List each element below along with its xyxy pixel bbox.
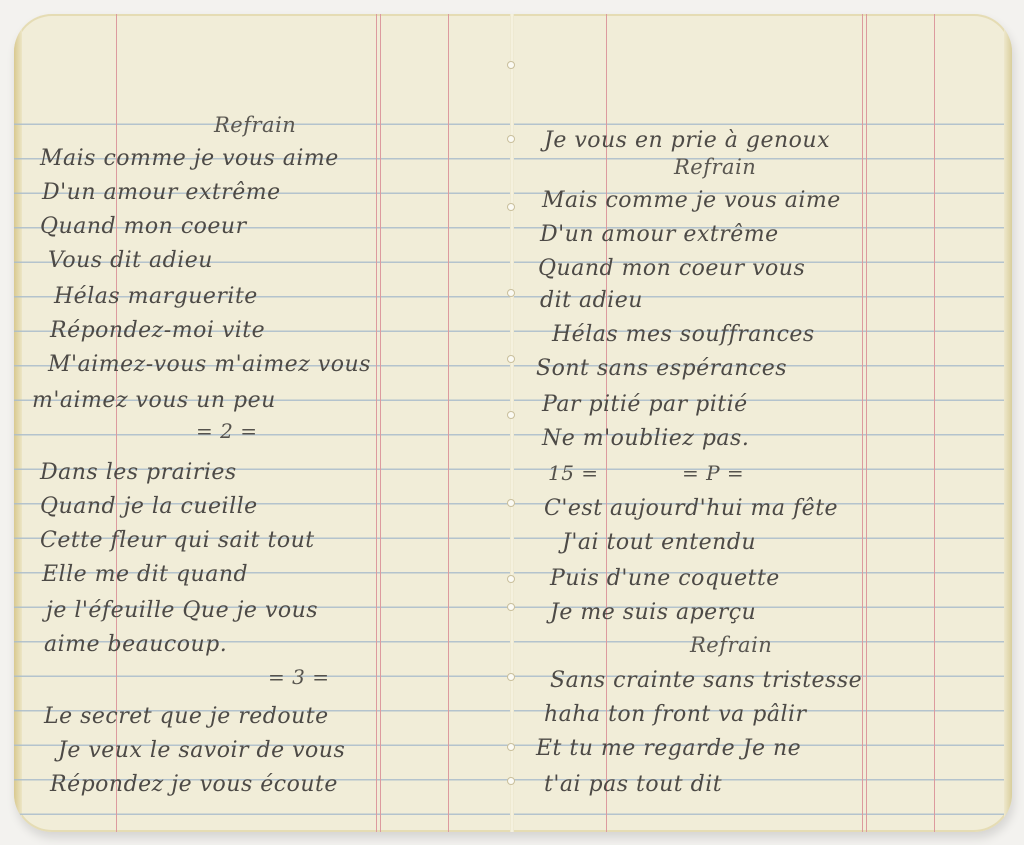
verse-line: Mais comme je vous aime: [542, 186, 841, 216]
verse-line: je l'éfeuille Que je vous: [46, 596, 318, 626]
verse-line: Puis d'une coquette: [550, 564, 780, 594]
verse-line: Sans crainte sans tristesse: [550, 666, 862, 696]
verse-line: Vous dit adieu: [48, 246, 213, 276]
verse-line: Quand je la cueille: [40, 492, 258, 522]
verse-line: Le secret que je redoute: [44, 702, 329, 732]
refrain-heading: Refrain: [690, 630, 772, 660]
verse-line: haha ton front va pâlir: [544, 700, 807, 730]
refrain-heading: Refrain: [214, 110, 296, 140]
verse-line: Hélas marguerite: [54, 282, 258, 312]
verse-line: dit adieu: [540, 286, 643, 316]
verse-line: t'ai pas tout dit: [544, 770, 722, 800]
verse-line: D'un amour extrême: [540, 220, 779, 250]
verse-line: Sont sans espérances: [536, 354, 787, 384]
verse-line: Quand mon coeur vous: [538, 254, 805, 284]
verse-line: m'aimez vous un peu: [32, 386, 276, 416]
verse-line: Dans les prairies: [40, 458, 237, 488]
verse-line: aime beaucoup.: [44, 630, 227, 660]
left-page: Refrain Mais comme je vous aime D'un amo…: [14, 14, 510, 832]
verse-line: D'un amour extrême: [42, 178, 281, 208]
stanza-marker-p: = P =: [682, 458, 744, 488]
verse-line: Mais comme je vous aime: [40, 144, 339, 174]
verse-line: Et tu me regarde Je ne: [536, 734, 801, 764]
verse-line: Répondez je vous écoute: [50, 770, 338, 800]
verse-line: Ne m'oubliez pas.: [542, 424, 749, 454]
verse-line: Cette fleur qui sait tout: [40, 526, 315, 556]
verse-line: Je me suis aperçu: [550, 598, 756, 628]
verse-line: Par pitié par pitié: [542, 390, 748, 420]
refrain-heading: Refrain: [674, 152, 756, 182]
page-number-marker: 15 =: [548, 458, 599, 488]
stanza-marker-2: = 2 =: [196, 416, 257, 446]
notebook-spread: Refrain Mais comme je vous aime D'un amo…: [14, 14, 1012, 832]
verse-line: C'est aujourd'hui ma fête: [544, 494, 838, 524]
right-page: Je vous en prie à genoux Refrain Mais co…: [514, 14, 1012, 832]
verse-line: J'ai tout entendu: [562, 528, 756, 558]
verse-line: Répondez-moi vite: [50, 316, 265, 346]
verse-line: Hélas mes souffrances: [552, 320, 815, 350]
verse-line: Elle me dit quand: [42, 560, 248, 590]
verse-line: Quand mon coeur: [40, 212, 247, 242]
verse-line: Je veux le savoir de vous: [58, 736, 345, 766]
stanza-marker-3: = 3 =: [268, 662, 329, 692]
verse-line: M'aimez-vous m'aimez vous: [48, 350, 371, 380]
